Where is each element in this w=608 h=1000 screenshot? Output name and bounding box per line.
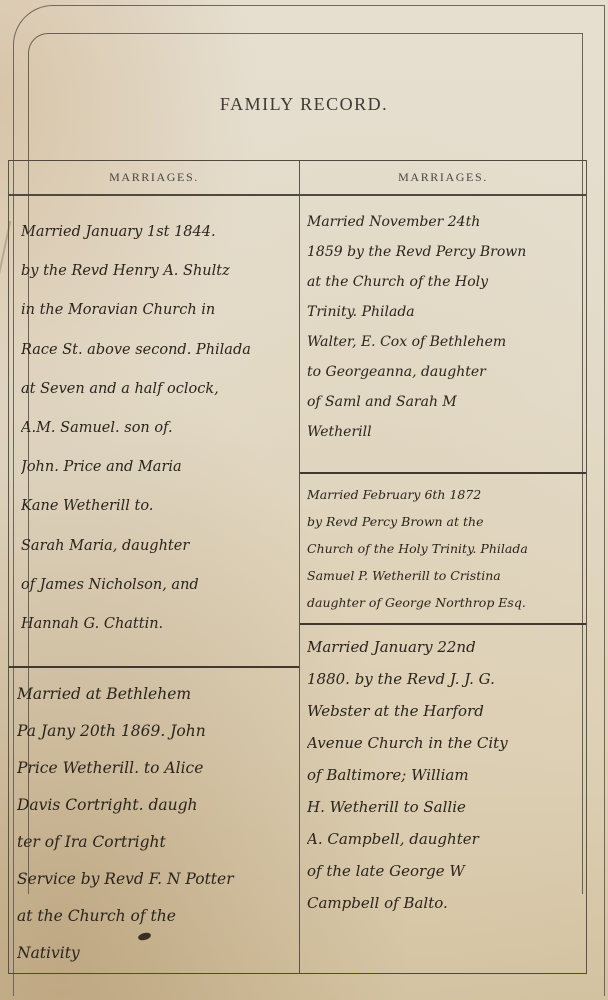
entry-line: Avenue Church in the City: [307, 727, 583, 759]
entry-line: Samuel P. Wetherill to Cristina: [307, 562, 583, 589]
entry-line: Campbell of Balto.: [307, 887, 583, 919]
header-rule: [9, 194, 586, 196]
entry-divider: [300, 623, 586, 625]
entry-line: Kane Wetherill to.: [21, 487, 296, 526]
marriage-entry-1844: Married January 1st 1844. by the Revd He…: [21, 213, 296, 644]
entry-divider: [300, 472, 586, 474]
entry-line: Price Wetherill. to Alice: [17, 750, 297, 787]
entry-line: Sarah Maria, daughter: [21, 527, 296, 566]
entry-line: at the Church of the Holy: [307, 267, 583, 297]
entry-divider: [9, 666, 299, 668]
entry-line: 1880. by the Revd J. J. G.: [307, 663, 583, 695]
entry-line: to Georgeanna, daughter: [307, 357, 583, 387]
entry-line: of James Nicholson, and: [21, 566, 296, 605]
entry-line: Married at Bethlehem: [17, 676, 297, 713]
entry-line: Hannah G. Chattin.: [21, 605, 296, 644]
entry-line: H. Wetherill to Sallie: [307, 791, 583, 823]
entry-line: Wetherill: [307, 417, 583, 447]
entry-line: Service by Revd F. N Potter: [17, 861, 297, 898]
page-title: FAMILY RECORD.: [0, 94, 608, 115]
family-record-page: FAMILY RECORD. MARRIAGES. MARRIAGES. Mar…: [0, 0, 608, 1000]
entry-line: ter of Ira Cortright: [17, 824, 297, 861]
entry-line: Pa Jany 20th 1869. John: [17, 713, 297, 750]
marriage-entry-1869: Married at Bethlehem Pa Jany 20th 1869. …: [17, 676, 297, 972]
entry-line: Married November 24th: [307, 207, 583, 237]
entry-line: at Seven and a half oclock,: [21, 370, 296, 409]
entry-line: John. Price and Maria: [21, 448, 296, 487]
entry-line: in the Moravian Church in: [21, 291, 296, 330]
marriages-table: MARRIAGES. MARRIAGES. Married January 1s…: [8, 160, 587, 974]
entry-line: Trinity. Philada: [307, 297, 583, 327]
marriage-entry-1859: Married November 24th 1859 by the Revd P…: [307, 207, 583, 447]
entry-line: Race St. above second. Philada: [21, 331, 296, 370]
entry-line: Davis Cortright. daugh: [17, 787, 297, 824]
entry-line: Webster at the Harford: [307, 695, 583, 727]
entry-line: of Baltimore; William: [307, 759, 583, 791]
column-divider: [299, 161, 300, 973]
entry-line: by the Revd Henry A. Shultz: [21, 252, 296, 291]
entry-line: A.M. Samuel. son of.: [21, 409, 296, 448]
entry-line: at the Church of the: [17, 898, 297, 935]
entry-line: A. Campbell, daughter: [307, 823, 583, 855]
entry-line: Church of the Holy Trinity. Philada: [307, 535, 583, 562]
entry-line: 1859 by the Revd Percy Brown: [307, 237, 583, 267]
entry-line: Married January 1st 1844.: [21, 213, 296, 252]
entry-line: Married January 22nd: [307, 631, 583, 663]
entry-line: daughter of George Northrop Esq.: [307, 589, 583, 616]
column-header-left: MARRIAGES.: [9, 161, 299, 194]
entry-line: Nativity: [17, 935, 297, 972]
entry-line: Walter, E. Cox of Bethlehem: [307, 327, 583, 357]
column-header-right: MARRIAGES.: [300, 161, 586, 194]
entry-line: Married February 6th 1872: [307, 481, 583, 508]
entry-line: by Revd Percy Brown at the: [307, 508, 583, 535]
marriage-entry-1880: Married January 22nd 1880. by the Revd J…: [307, 631, 583, 919]
entry-line: of Saml and Sarah M: [307, 387, 583, 417]
entry-line: of the late George W: [307, 855, 583, 887]
marriage-entry-1872: Married February 6th 1872 by Revd Percy …: [307, 481, 583, 616]
